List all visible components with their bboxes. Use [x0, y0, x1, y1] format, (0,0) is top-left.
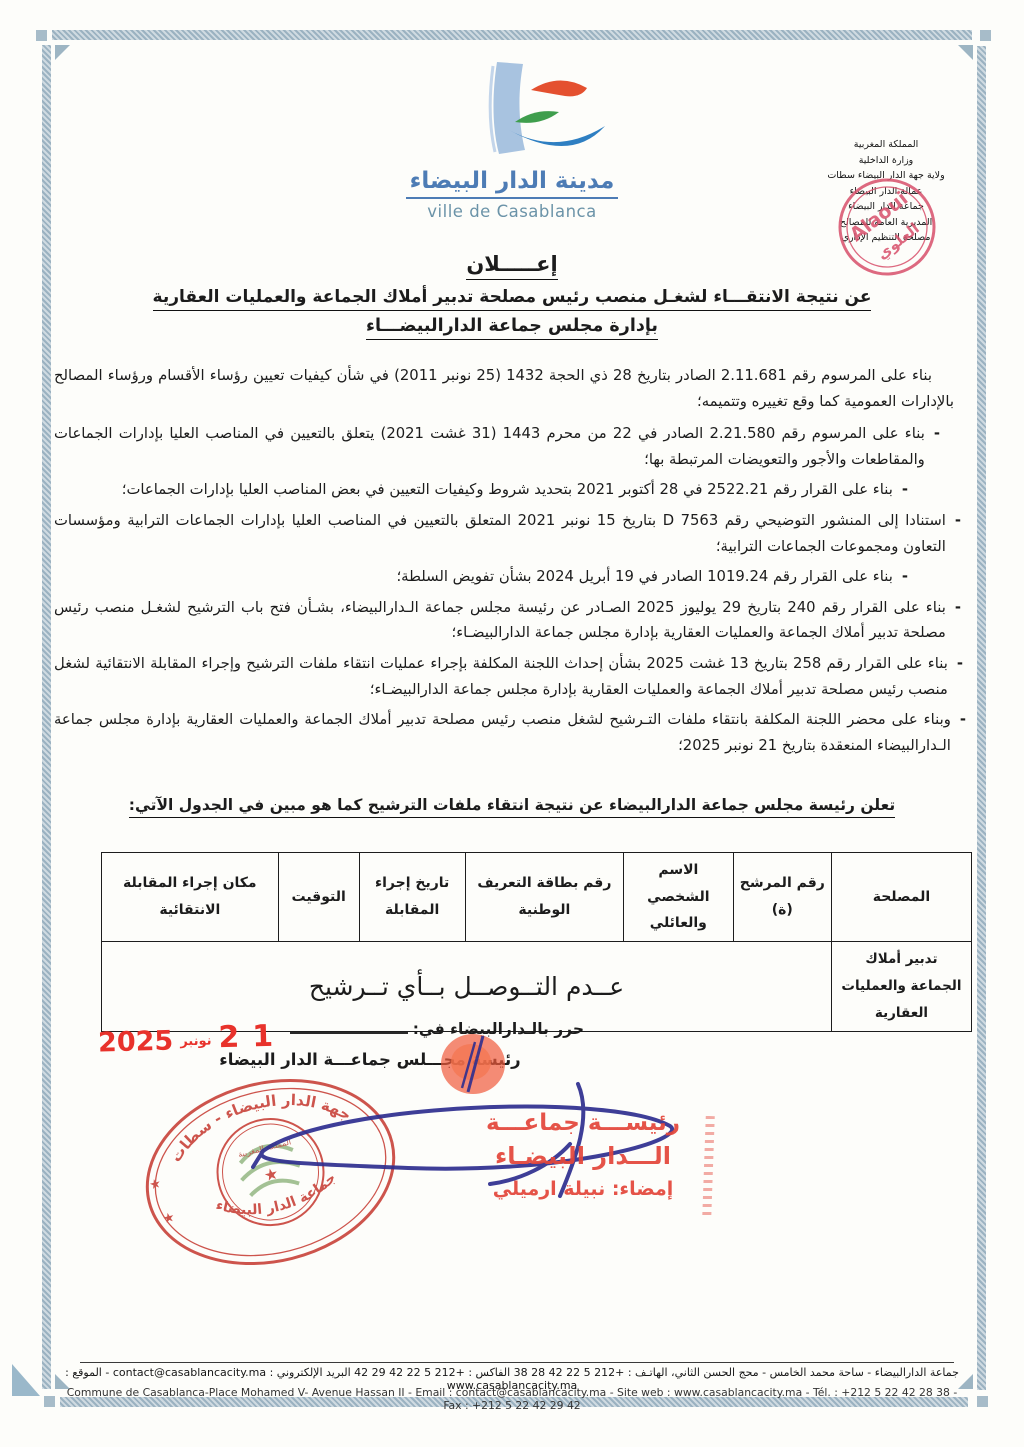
paragraph: - وبناء على محضر اللجنة المكلفة بانتقاء …	[54, 707, 966, 758]
paragraph: بناء على المرسوم رقم 2.11.681 الصادر بتا…	[54, 363, 966, 414]
stamp-text-line3: إمضاء: نبيلة ارميلي	[452, 1178, 714, 1200]
drawn-at-line: حرر بالـدارالبيضاء في:	[290, 1020, 584, 1038]
paragraph-text: بناء على القرار رقم 2522.21 في 28 أكتوبر…	[54, 477, 893, 503]
bullet-dash: -	[957, 651, 963, 702]
bullet-dash: -	[955, 595, 961, 646]
president-stamp-text: رئيســـة جماعـــة الـــدار البيضـاء إمضا…	[452, 1110, 714, 1200]
blank-line	[290, 1021, 408, 1034]
paragraph-text: بناء على المرسوم رقم 2.11.681 الصادر بتا…	[54, 363, 954, 414]
page-border-top	[52, 30, 972, 40]
footer-separator	[80, 1362, 954, 1363]
table-header-row: المصلحة رقم المرشح (ة) الاسم الشخصي والع…	[102, 853, 972, 942]
paragraph: - بناء على المرسوم رقم 2.21.580 الصادر ف…	[54, 421, 966, 472]
announcement-statement: تعلن رئيسة مجلس جماعة الدارالبيضاء عن نت…	[129, 796, 895, 818]
border-corner-triangle	[958, 45, 973, 60]
paragraph-text: بناء على القرار رقم 1019.24 الصادر في 19…	[54, 564, 893, 590]
stamp-year: 2025	[98, 1028, 174, 1057]
city-logo: مدينة الدار البيضاء ville de Casablanca	[377, 56, 647, 221]
col-interview-place: مكان إجراء المقابلة الانتقائية	[102, 853, 279, 942]
bullet-dash: -	[902, 564, 908, 590]
col-candidate-number: رقم المرشح (ة)	[733, 853, 831, 942]
document-page: المملكة المغربية وزارة الداخلية ولاية جه…	[0, 0, 1024, 1447]
col-time: التوقيت	[278, 853, 359, 942]
hierarchy-line: المملكة المغربية	[796, 137, 976, 153]
bullet-dash: -	[934, 421, 940, 472]
announcement-title: إعـــــلان عن نتيجة الانتقـــاء لشغـل من…	[0, 252, 1024, 336]
stamp-star: ★	[148, 1176, 163, 1193]
border-corner-triangle	[55, 45, 70, 60]
title-line1: إعـــــلان	[466, 252, 557, 280]
col-service: المصلحة	[831, 853, 971, 942]
col-interview-date: تاريخ إجراء المقابلة	[359, 853, 465, 942]
border-corner-square	[977, 1396, 988, 1407]
footer-corner-triangle	[12, 1364, 40, 1396]
border-corner-square	[980, 30, 991, 41]
result-cell: عــدم التــوصــل بــأي تــرشيح	[102, 941, 832, 1031]
paragraph-text: استنادا إلى المنشور التوضيحي رقم D 7563 …	[54, 508, 946, 559]
col-full-name: الاسم الشخصي والعائلي	[624, 853, 734, 942]
selection-results-table: المصلحة رقم المرشح (ة) الاسم الشخصي والع…	[101, 852, 972, 1032]
page-border-left	[42, 45, 51, 1389]
footer-contact-french: Commune de Casablanca-Place Mohamed V- A…	[60, 1386, 964, 1412]
title-line2: عن نتيجة الانتقـــاء لشغـل منصب رئيس مصل…	[153, 287, 872, 311]
bullet-dash: -	[902, 477, 908, 503]
logo-arabic-name: مدينة الدار البيضاء	[406, 168, 619, 199]
col-national-id: رقم بطاقة التعريف الوطنية	[465, 853, 623, 942]
paragraph-text: بناء على المرسوم رقم 2.21.580 الصادر في …	[54, 421, 925, 472]
page-border-right	[977, 46, 986, 1390]
title-line3: بإدارة مجلس جماعة الدارالبيضـــاء	[366, 316, 658, 340]
bullet-dash: -	[955, 508, 961, 559]
service-cell: تدبير أملاك الجماعة والعمليات العقارية	[831, 941, 971, 1031]
bullet-dash: -	[960, 707, 966, 758]
stamp-star: ★	[161, 1210, 176, 1227]
hierarchy-line: وزارة الداخلية	[796, 153, 976, 169]
paragraph: - بناء على القرار رقم 240 بتاريخ 29 يولي…	[54, 595, 966, 646]
border-corner-square	[36, 30, 47, 41]
stamp-text-line1: رئيســـة جماعـــة	[452, 1110, 714, 1136]
paragraph: - بناء على القرار رقم 258 بتاريخ 13 غشت …	[54, 651, 966, 702]
paragraph: - بناء على القرار رقم 1019.24 الصادر في …	[54, 564, 966, 590]
paragraph-text: وبناء على محضر اللجنة المكلفة بانتقاء مل…	[54, 707, 951, 758]
logo-french-name: ville de Casablanca	[377, 202, 647, 221]
paragraph: - بناء على القرار رقم 2522.21 في 28 أكتو…	[54, 477, 966, 503]
stamp-text-line2: الـــدار البيضـاء	[452, 1142, 714, 1170]
border-corner-square	[44, 1396, 55, 1407]
paragraph-text: بناء على القرار رقم 240 بتاريخ 29 يوليوز…	[54, 595, 946, 646]
preamble-paragraphs: بناء على المرسوم رقم 2.11.681 الصادر بتا…	[54, 363, 966, 795]
paragraph-text: بناء على القرار رقم 258 بتاريخ 13 غشت 20…	[54, 651, 948, 702]
stamp-day: 21	[218, 1022, 287, 1054]
table-row: تدبير أملاك الجماعة والعمليات العقارية ع…	[102, 941, 972, 1031]
paragraph: - استنادا إلى المنشور التوضيحي رقم D 756…	[54, 508, 966, 559]
casablanca-logo-icon	[397, 56, 627, 164]
